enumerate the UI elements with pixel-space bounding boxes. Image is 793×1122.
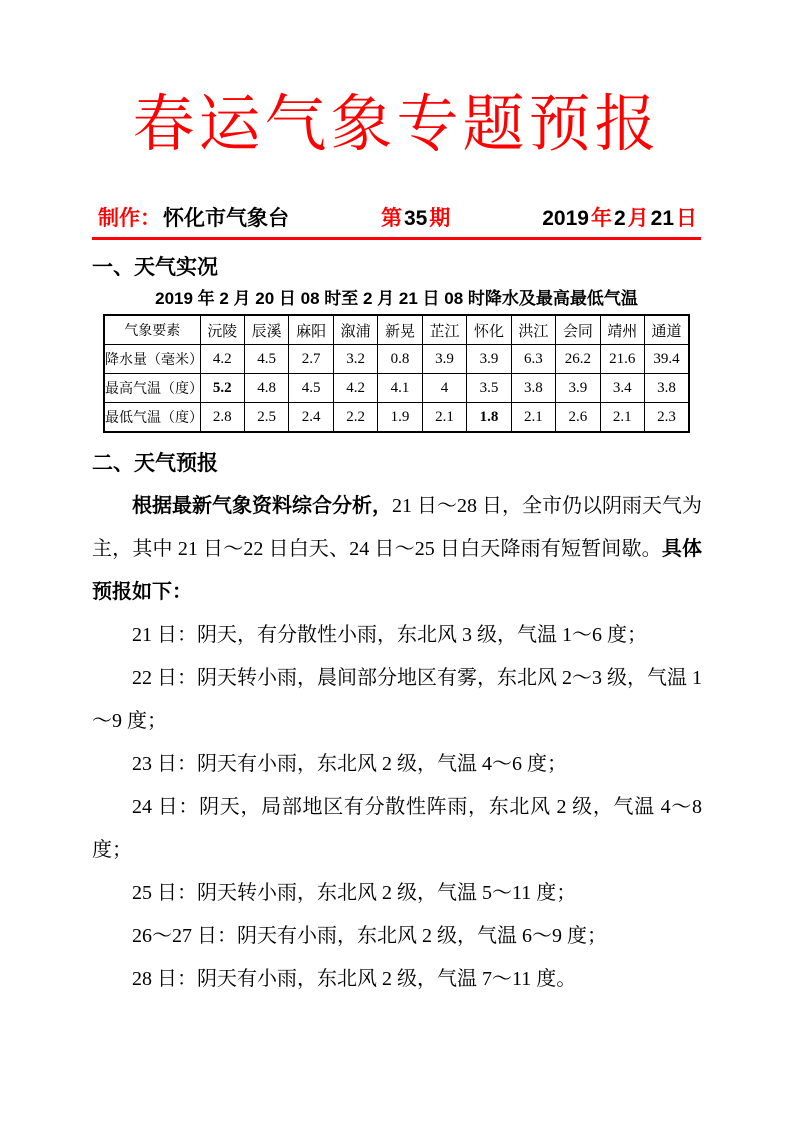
table-cell: 4.8 [244, 374, 288, 403]
producer-label: 制作： [98, 207, 161, 230]
issue-date: 2019年2月21日 [541, 206, 698, 232]
forecast-item: 24 日：阴天，局部地区有分散性阵雨，东北风 2 级，气温 4～8 度； [92, 786, 702, 872]
table-header-cell: 芷江 [422, 315, 466, 345]
section-2-heading: 二、天气预报 [92, 450, 701, 477]
table-header-row: 气象要素沅陵辰溪麻阳溆浦新晃芷江怀化洪江会同靖州通道 [104, 315, 689, 345]
table-header-cell: 新晃 [378, 315, 422, 345]
table-cell: 1.9 [378, 403, 422, 433]
day-unit: 日 [676, 207, 697, 230]
producer: 制作：怀化市气象台 [97, 206, 290, 232]
table-header-cell: 辰溪 [244, 315, 288, 345]
table-cell: 2.1 [511, 403, 555, 433]
year-unit: 年 [591, 207, 612, 230]
table-cell: 0.8 [378, 345, 422, 374]
forecast-item: 25 日：阴天转小雨，东北风 2 级，气温 5～11 度； [92, 872, 702, 915]
table-cell: 4.2 [333, 374, 377, 403]
table-cell: 3.4 [600, 374, 644, 403]
meta-row: 制作：怀化市气象台 第35期 2019年2月21日 [97, 206, 698, 232]
table-cell: 2.5 [244, 403, 288, 433]
table-cell: 39.4 [645, 345, 689, 374]
table-header-cell: 麻阳 [289, 315, 333, 345]
table-cell: 4.1 [378, 374, 422, 403]
table-cell: 2.7 [289, 345, 333, 374]
table-header-cell: 怀化 [467, 315, 511, 345]
table-row: 最高气温（度）5.24.84.54.24.143.53.83.93.43.8 [104, 374, 689, 403]
table-cell: 5.2 [200, 374, 244, 403]
document-title: 春运气象专题预报 [0, 84, 793, 166]
table-cell: 2.8 [200, 403, 244, 433]
forecast-list: 21 日：阴天，有分散性小雨，东北风 3 级，气温 1～6 度；22 日：阴天转… [0, 614, 793, 1001]
producer-name: 怀化市气象台 [163, 207, 289, 230]
table-cell: 2.1 [600, 403, 644, 433]
date-month: 2 [614, 207, 626, 230]
table-cell: 21.6 [600, 345, 644, 374]
table-cell: 2.4 [289, 403, 333, 433]
table-cell: 3.2 [333, 345, 377, 374]
table-cell: 3.8 [645, 374, 689, 403]
table-cell: 4.2 [200, 345, 244, 374]
month-unit: 月 [628, 207, 649, 230]
table-row: 降水量（毫米）4.24.52.73.20.83.93.96.326.221.63… [104, 345, 689, 374]
table-header-cell: 通道 [645, 315, 689, 345]
table-cell: 26.2 [556, 345, 600, 374]
table-header-cell: 洪江 [511, 315, 555, 345]
forecast-item: 21 日：阴天，有分散性小雨，东北风 3 级，气温 1～6 度； [92, 614, 702, 657]
table-cell: 2.1 [422, 403, 466, 433]
intro-lead-bold: 根据最新气象资料综合分析， [132, 495, 392, 517]
table-cell: 3.5 [467, 374, 511, 403]
table-cell: 4.5 [244, 345, 288, 374]
weather-table: 气象要素沅陵辰溪麻阳溆浦新晃芷江怀化洪江会同靖州通道降水量（毫米）4.24.52… [103, 314, 690, 433]
table-cell: 3.8 [511, 374, 555, 403]
forecast-item: 26～27 日：阴天有小雨，东北风 2 级，气温 6～9 度； [92, 915, 702, 958]
table-cell: 4 [422, 374, 466, 403]
table-header-cell: 会同 [556, 315, 600, 345]
table-cell: 1.8 [467, 403, 511, 433]
issue-suffix: 期 [429, 207, 450, 230]
table-cell: 2.2 [333, 403, 377, 433]
forecast-item: 28 日：阴天有小雨，东北风 2 级，气温 7～11 度。 [92, 958, 702, 1001]
table-header-cell: 溆浦 [333, 315, 377, 345]
weather-table-title: 2019 年 2 月 20 日 08 时至 2 月 21 日 08 时降水及最高… [0, 288, 793, 310]
table-row-label: 降水量（毫米） [104, 345, 200, 374]
table-row-label: 最低气温（度） [104, 403, 200, 433]
table-row: 最低气温（度）2.82.52.42.21.92.11.82.12.62.12.3 [104, 403, 689, 433]
table-cell: 4.5 [289, 374, 333, 403]
forecast-intro: 根据最新气象资料综合分析，21 日～28 日，全市仍以阴雨天气为主，其中 21 … [92, 485, 702, 614]
table-cell: 2.6 [556, 403, 600, 433]
section-1-heading: 一、天气实况 [92, 254, 701, 281]
issue-value: 35 [404, 207, 427, 230]
date-year: 2019 [542, 207, 589, 230]
table-header-cell: 靖州 [600, 315, 644, 345]
issue-number: 第35期 [380, 206, 451, 232]
table-header-cell: 沅陵 [200, 315, 244, 345]
red-divider [92, 237, 701, 240]
table-corner-cell: 气象要素 [104, 315, 200, 345]
issue-prefix: 第 [381, 207, 402, 230]
table-row-label: 最高气温（度） [104, 374, 200, 403]
forecast-item: 22 日：阴天转小雨，晨间部分地区有雾，东北风 2～3 级，气温 1～9 度； [92, 657, 702, 743]
table-cell: 3.9 [422, 345, 466, 374]
table-cell: 6.3 [511, 345, 555, 374]
table-cell: 3.9 [556, 374, 600, 403]
table-cell: 3.9 [467, 345, 511, 374]
forecast-item: 23 日：阴天有小雨，东北风 2 级，气温 4～6 度； [92, 743, 702, 786]
table-cell: 2.3 [645, 403, 689, 433]
date-day: 21 [651, 207, 674, 230]
